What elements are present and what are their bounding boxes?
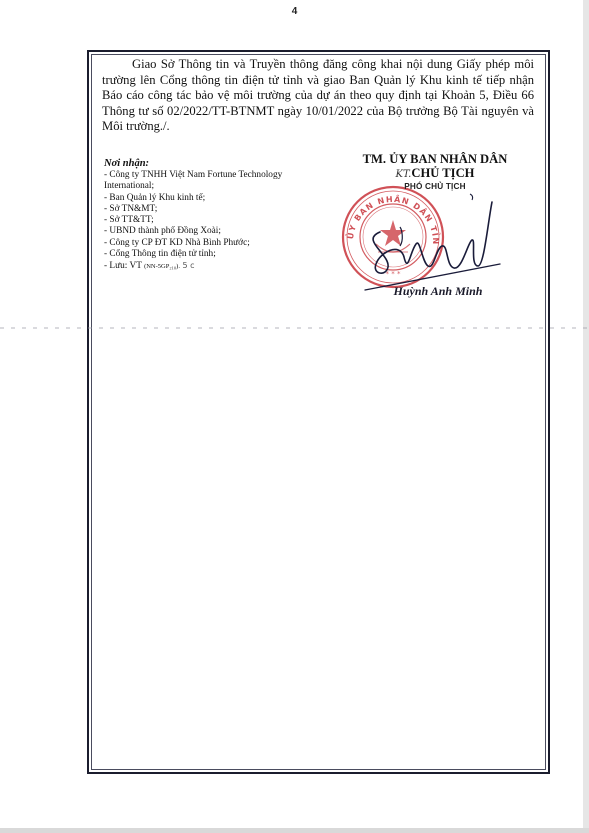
handwritten-signature-icon — [350, 182, 510, 292]
body-paragraph: Giao Sở Thông tin và Truyền thông đăng c… — [102, 57, 534, 135]
signatory-organization: TM. ỦY BAN NHÂN DÂN — [330, 152, 540, 166]
recipient-item: - Công ty TNHH Việt Nam Fortune Technolo… — [104, 170, 334, 193]
scan-artifact-line — [0, 327, 589, 329]
viewer-bottom-edge — [0, 828, 589, 833]
page-number: 4 — [0, 6, 589, 17]
recipients-block: Nơi nhận: - Công ty TNHH Việt Nam Fortun… — [104, 158, 334, 273]
signatory-role: KT.CHỦ TỊCH — [330, 166, 540, 182]
role-text: CHỦ TỊCH — [411, 166, 474, 180]
archive-reference: (NN-5GP₂₁₀). — [144, 263, 180, 270]
archive-handwritten-note: 5 c — [180, 261, 195, 270]
recipient-archive: - Lưu: VT (NN-5GP₂₁₀). 5 c — [104, 260, 334, 272]
recipient-item: - Sở TN&MT; — [104, 204, 334, 215]
kt-prefix: KT. — [396, 169, 412, 180]
recipient-item: - Ban Quản lý Khu kinh tế; — [104, 193, 334, 204]
signature-block: ỦY BAN NHÂN DÂN TỈNH BÌNH PHƯỚC * * * TM… — [330, 152, 540, 302]
recipients-heading: Nơi nhận: — [104, 158, 334, 170]
archive-label: - Lưu: VT — [104, 261, 144, 271]
viewer-right-edge — [583, 0, 589, 833]
recipient-item: - Cổng Thông tin điện tử tỉnh; — [104, 249, 334, 260]
signer-name: Huỳnh Anh Minh — [368, 284, 508, 299]
recipient-item: - Công ty CP ĐT KD Nhà Bình Phước; — [104, 238, 334, 249]
recipient-item: - Sở TT&TT; — [104, 215, 334, 226]
recipient-item: - UBND thành phố Đồng Xoài; — [104, 226, 334, 237]
